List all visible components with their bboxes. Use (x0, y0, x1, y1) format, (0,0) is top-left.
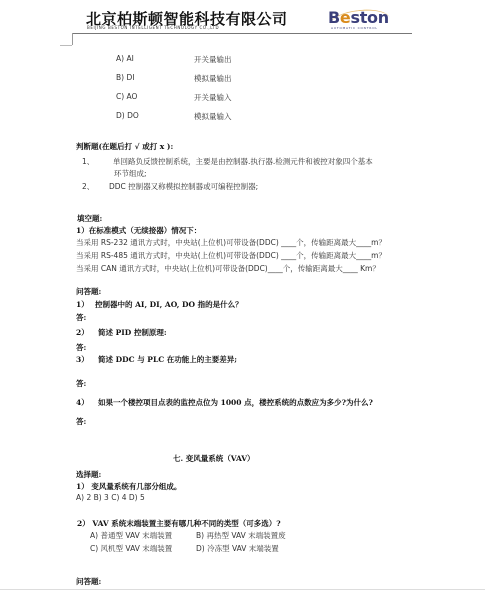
section-7-title: 七. 变风量系统（VAV） (173, 453, 255, 464)
vav-q1-options: A) 2 B) 3 C) 4 D) 5 (76, 493, 145, 502)
margin-corner-mark (72, 33, 73, 45)
margin-corner-mark (60, 45, 72, 46)
beston-logo: Beston AUTOMATIC CONTROL (328, 8, 396, 34)
fill-blank-line-can: 当采用 CAN 通讯方式时，中央站(上位机)可带设备(DDC)____个，传输距… (76, 263, 380, 274)
match-left-b: B) DI (116, 73, 134, 82)
qa-4-answer-label: 答: (76, 416, 86, 427)
tf-item-1-num: 1、 (82, 156, 94, 167)
logo-wordmark: Beston (328, 8, 389, 27)
tf-item-2-num: 2、 (82, 181, 94, 192)
fill-blank-line-rs232: 当采用 RS-232 通讯方式时，中央站(上位机)可带设备(DDC) ____个… (76, 237, 386, 248)
match-right-3: 开关量输入 (194, 92, 232, 103)
true-false-heading: 判断题(在题后打 √ 或打 x ): (76, 141, 173, 152)
tf-item-2-text: DDC 控制器又称模拟控制器或可编程控制器; (109, 181, 258, 192)
fill-blank-line-rs485: 当采用 RS-485 通讯方式时，中央站(上位机)可带设备(DDC) ____个… (76, 250, 386, 261)
fill-blank-subheading: 1）在标准模式（无续接器）情况下： (76, 225, 201, 236)
match-right-4: 模拟量输入 (194, 111, 232, 122)
vav-q2-option-a: A) 普通型 VAV 末端装置 (90, 530, 172, 541)
match-left-a: A) AI (116, 54, 134, 63)
qa-2-question: 简述 PID 控制原理: (98, 327, 167, 338)
qa-3-num: 3） (76, 354, 89, 365)
qa-1-num: 1） (76, 299, 89, 310)
vav-q2-option-d: D) 冷冻型 VAV 末端装置 (196, 543, 279, 554)
qa-1-question: 控制器中的 AI, DI, AO, DO 指的是什么？ (95, 299, 243, 310)
vav-q2-option-c: C) 风机型 VAV 末端装置 (90, 543, 172, 554)
qa-2-num: 2） (76, 327, 89, 338)
logo-tagline: AUTOMATIC CONTROL (331, 26, 378, 30)
page-bottom-divider (0, 589, 485, 590)
qa-4-num: 4） (76, 397, 89, 408)
vav-q1: 1） 变风量系统有几部分组成。 (76, 481, 181, 492)
header-divider (72, 33, 412, 34)
vav-q2: 2） VAV 系统末端装置主要有哪几种不同的类型（可多选）? (77, 518, 281, 529)
match-right-2: 模拟量输出 (194, 73, 232, 84)
fill-blank-heading: 填空题: (77, 213, 102, 224)
company-name-en: BEIJING BESTON INTELLIGENT TECHNOLOGY CO… (87, 25, 219, 30)
qa-4-question: 如果一个楼控项目点表的监控点位为 1000 点，楼控系统的点数应为多少?为什么? (98, 397, 373, 408)
qa-3-question: 简述 DDC 与 PLC 在功能上的主要差异; (98, 354, 237, 365)
choice-heading: 选择题: (76, 469, 101, 480)
vav-qa-heading: 问答题: (76, 576, 101, 587)
tf-item-1-text: 单回路负反馈控制系统，主要是由控制器.执行器.检测元件和被控对象四个基本 (113, 156, 373, 167)
qa-2-answer-label: 答: (76, 342, 86, 353)
match-right-1: 开关量输出 (194, 54, 232, 65)
match-left-d: D) DO (116, 111, 139, 120)
qa-heading: 问答题: (76, 286, 101, 297)
tf-item-1-text-cont: 环节组成; (114, 168, 147, 179)
match-left-c: C) AO (116, 92, 137, 101)
qa-1-answer-label: 答: (76, 312, 86, 323)
qa-3-answer-label: 答: (76, 378, 86, 389)
vav-q2-option-b: B) 再热型 VAV 末端装置废 (196, 530, 286, 541)
